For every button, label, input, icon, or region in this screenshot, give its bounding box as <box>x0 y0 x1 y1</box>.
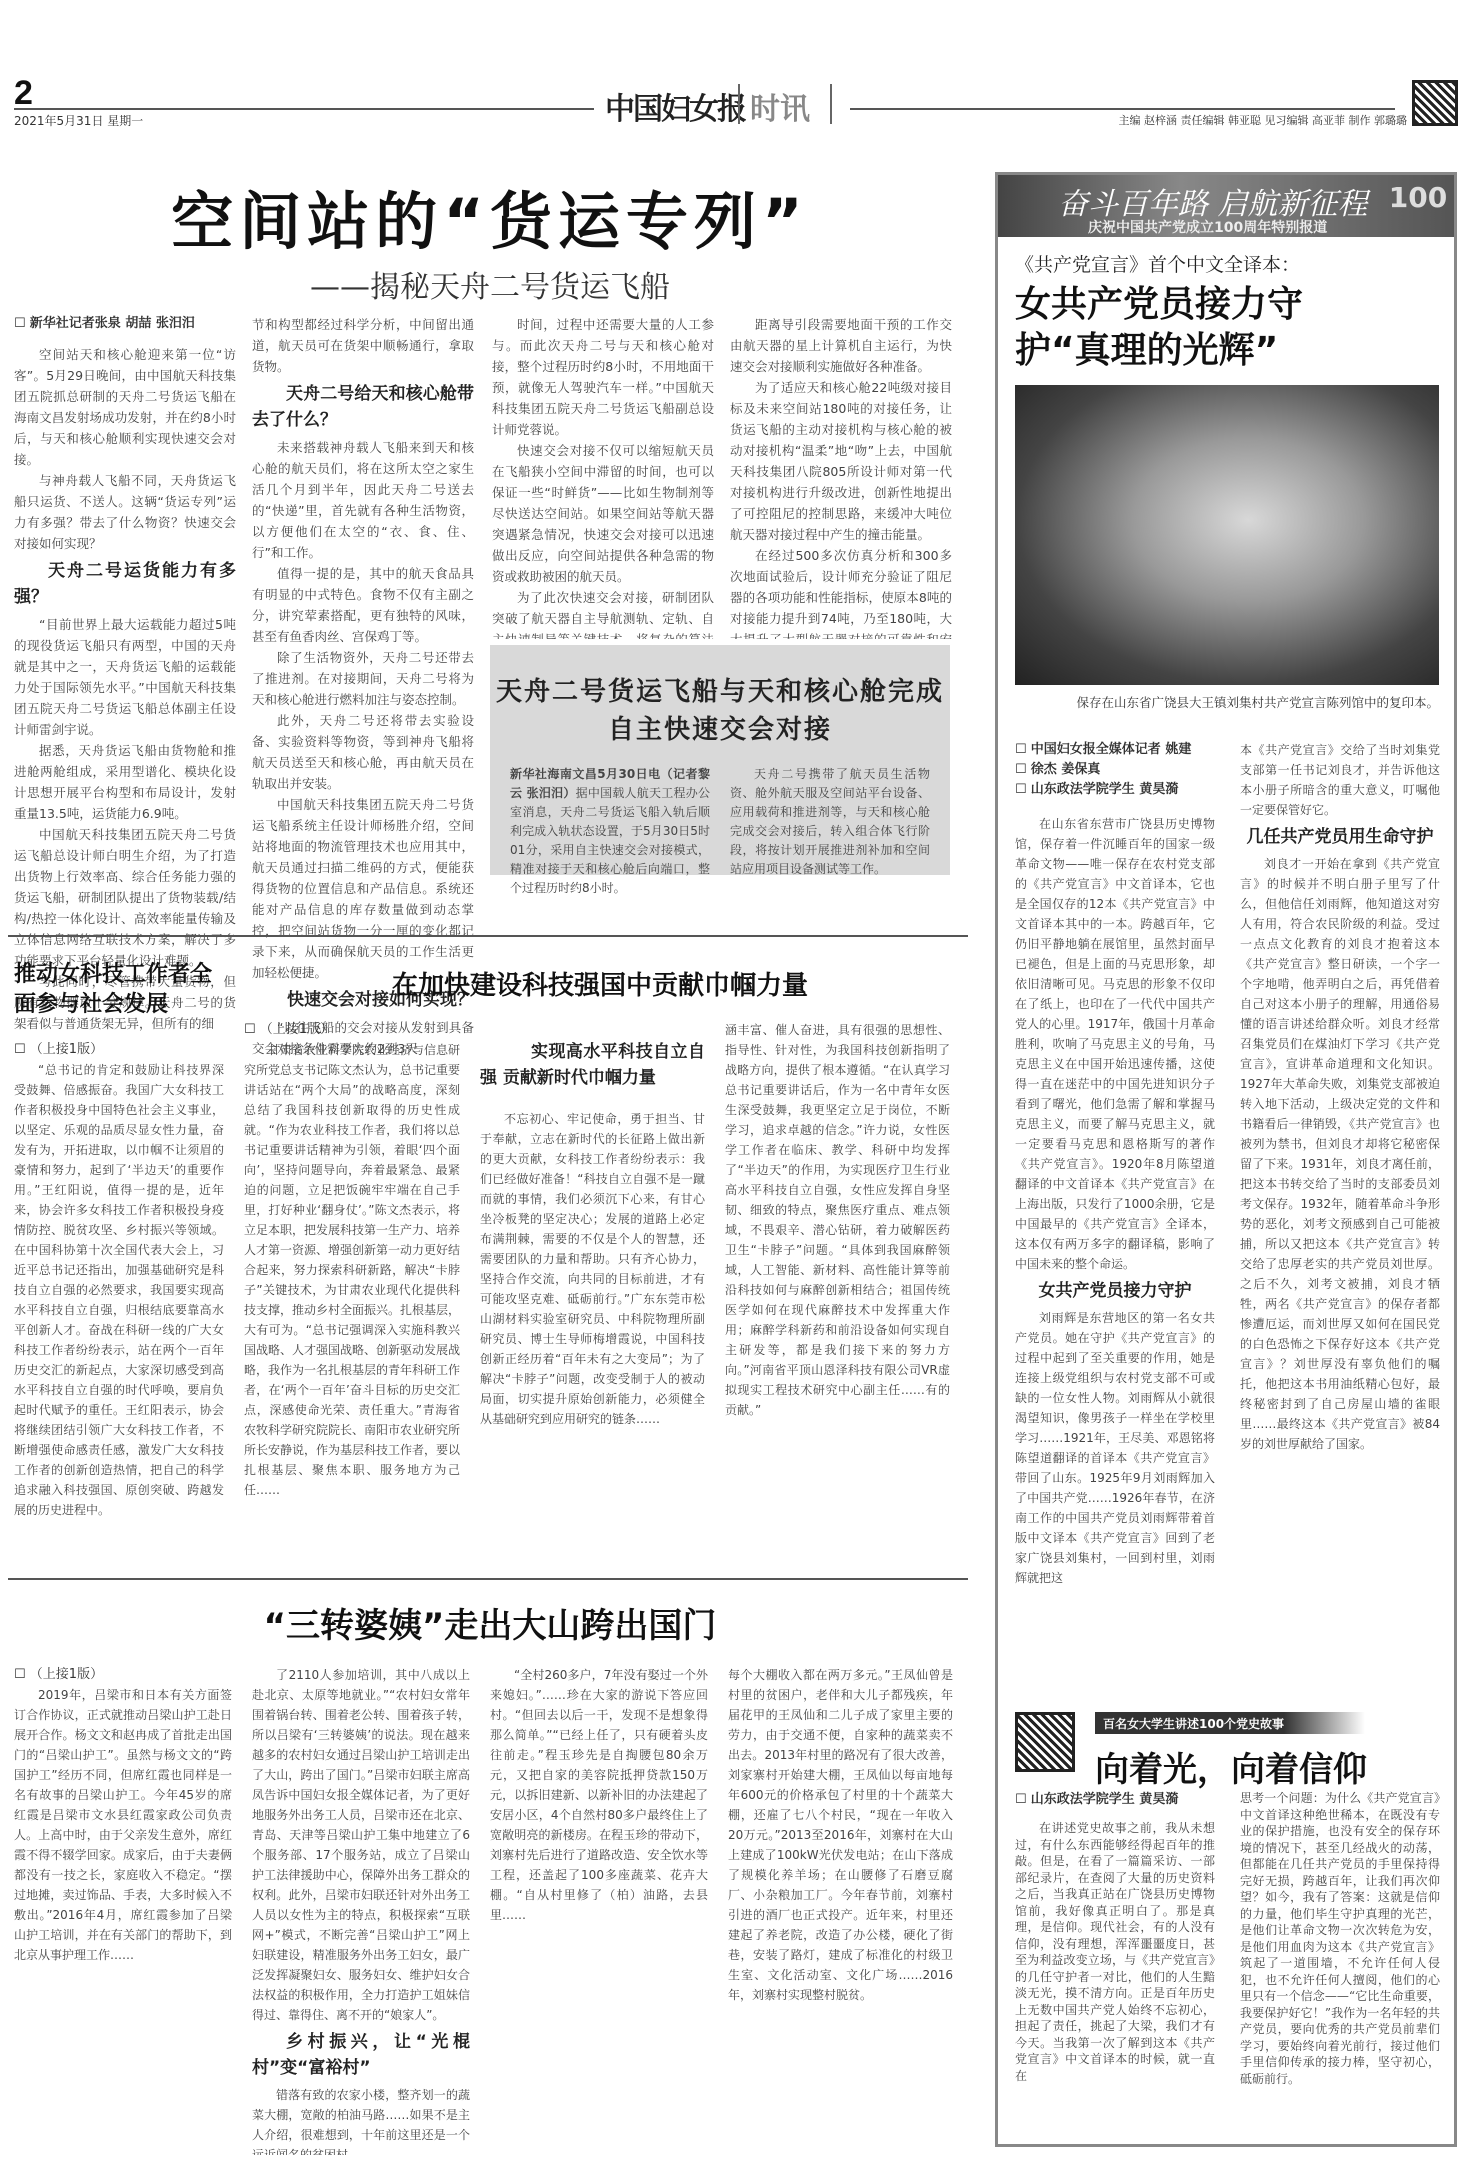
paragraph: 距离导引段需要地面干预的工作交由航天器的星上计算机自主运行，为快速交会对接顺利实… <box>730 314 952 377</box>
paragraph: “目前世界上最大运载能力超过5吨的现役货运飞船只有两型，中国的天舟就是其中之一，… <box>14 614 236 740</box>
paragraph: 在经过500多次仿真分析和300多次地面试验后，设计师充分验证了阻尼器的各项功能… <box>730 545 952 639</box>
story1-subheadline: ——揭秘天舟二号货运飞船 <box>0 262 980 306</box>
paragraph: 在讲述党史故事之前，我从未想过，有什么东西能够经得起百年的推敲。但是，在看了一篇… <box>1015 1820 1215 2084</box>
paragraph: 空间站天和核心舱迎来第一位“访客”。5月29日晚间，由中国航天科技集团五院抓总研… <box>14 344 236 470</box>
feature-subheading: 女共产党员接力守护 <box>1015 1278 1215 1304</box>
story1-subheading: 天舟二号运货能力有多强？ <box>14 558 236 610</box>
issue-date: 2021年5月31日 星期一 <box>14 112 143 129</box>
story3-subheading: 乡村振兴，让“光棍村”变“富裕村” <box>252 2029 470 2081</box>
continued-note: （上接1版） <box>14 1665 232 1685</box>
paragraph: 思考一个问题：为什么《共产党宣言》中文首译这种绝世稀本，在既没有专业的保护措施，… <box>1240 1790 1440 2087</box>
paragraph: 与神舟载人飞船不同，天舟货运飞船只运货、不送人。这辆“货运专列”运力有多强？带去… <box>14 470 236 554</box>
story1-column-2: 节和构型都经过科学分析，中间留出通道，航天员可在货架中顺畅通行，拿取货物。 天舟… <box>252 314 474 1059</box>
masthead-separator <box>738 84 740 124</box>
paragraph: 未来搭载神舟载人飞船来到天和核心舱的航天员们，将在这所太空之家生活几个月到半年，… <box>252 437 474 563</box>
section-divider <box>8 1578 968 1580</box>
story3-headline: “三转婆姨”走出大山跨出国门 <box>0 1598 980 1647</box>
paragraph: 除了生活物资外，天舟二号还带去了推进剂。在对接期间，天舟二号将为天和核心舱进行燃… <box>252 647 474 710</box>
byline: 中国妇女报全媒体记者 姚建 <box>1015 740 1215 760</box>
paragraph: 刘雨辉是东营地区的第一名女共产党员。她在守护《共产党宣言》的过程中起到了至关重要… <box>1015 1308 1215 1588</box>
feature-column-1: 中国妇女报全媒体记者 姚建 徐杰 姜保真 山东政法学院学生 黄昊漪 在山东省东营… <box>1015 740 1215 1690</box>
paragraph: 甘肃省农业科学院农业经济与信息研究所党总支书记陈文杰认为，总书记重要讲话站在“两… <box>244 1040 460 1500</box>
paragraph: “总书记的肯定和鼓励让科技界深受鼓舞、倍感振奋。我国广大女科技工作者积极投身中国… <box>14 1060 224 1520</box>
paragraph: “全村260多户，7年没有娶过一个外来媳妇。”……珍在大家的游说下答应回村。“但… <box>490 1665 708 1925</box>
story1-column-4: 距离导引段需要地面干预的工作交由航天器的星上计算机自主运行，为快速交会对接顺利实… <box>730 314 952 639</box>
story1-byline: 新华社记者张泉 胡喆 张汨汨 <box>14 314 236 334</box>
paragraph: 2019年，吕梁市和日本有关方面签订合作协议，正式就推动吕梁山护工赴日展开合作。… <box>14 1685 232 1965</box>
story2-column-1: （上接1版） “总书记的肯定和鼓励让科技界深受鼓舞、倍感振奋。我国广大女科技工作… <box>14 1040 224 1540</box>
story2-headline: 在加快建设科技强国中贡献巾帼力量 <box>230 965 970 1002</box>
manifesto-photo <box>1015 385 1439 685</box>
paragraph: 中国航天科技集团五院天舟二号货运飞船总设计师白明生介绍，为了打造出货物上行效率高… <box>14 824 236 971</box>
byline: 山东政法学院学生 黄昊漪 <box>1015 780 1215 800</box>
paragraph: 每个大棚收入都在两万多元。”王凤仙曾是村里的贫困户，老伴和大儿子都残疾，年届花甲… <box>728 1665 953 2005</box>
story1-subheading: 天舟二号给天和核心舱带去了什么？ <box>252 381 474 433</box>
story1-headline: 空间站的“货运专列” <box>0 172 980 261</box>
paragraph: 在山东省东营市广饶县历史博物馆，保存着一件沉睡百年的国家一级革命文物——唯一保存… <box>1015 814 1215 1274</box>
paragraph: 据悉，天舟货运飞船由货物舱和推进舱两舱组成，采用型谱化、模块化设计思想开展平台构… <box>14 740 236 824</box>
feature-subheading: 几任共产党员用生命守护 <box>1240 824 1440 850</box>
qr-code-icon[interactable] <box>1412 80 1458 126</box>
paragraph: 时间，过程中还需要大量的人工参与。而此次天舟二号与天和核心舱对接，整个过程历时约… <box>492 314 714 440</box>
story1-column-3: 时间，过程中还需要大量的人工参与。而此次天舟二号与天和核心舱对接，整个过程历时约… <box>492 314 714 639</box>
continued-note: （上接1版） <box>244 1020 460 1040</box>
paragraph: 了2110人参加培训，其中八成以上赴北京、太原等地就业。”“农村妇女常年围着锅台… <box>252 1665 470 2025</box>
paragraph: 为了适应天和核心舱22吨级对接目标及未来空间站180吨的对接任务，让货运飞船的主… <box>730 377 952 545</box>
section-title: 时讯 <box>750 84 810 128</box>
qr-code-icon[interactable] <box>1015 1712 1075 1772</box>
column-story-col-1: 山东政法学院学生 黄昊漪 在讲述党史故事之前，我从未想过，有什么东西能够经得起百… <box>1015 1790 1215 2130</box>
paragraph: 节和构型都经过科学分析，中间留出通道，航天员可在货架中顺畅通行，拿取货物。 <box>252 314 474 377</box>
paragraph: 刘良才一开始在拿到《共产党宣言》的时候并不明白册子里写了什么，但他信任刘雨辉，他… <box>1240 854 1440 1454</box>
section-divider <box>8 935 968 937</box>
column-title: 向着光，向着信仰 <box>1095 1742 1367 1791</box>
sidebar-news-box: 天舟二号货运飞船与天和核心舱完成自主快速交会对接 新华社海南文昌5月30日电（记… <box>490 645 950 875</box>
photo-caption: 保存在山东省广饶县大王镇刘集村共产党宣言陈列馆中的复印本。 <box>1015 693 1439 711</box>
anniversary-banner: 奋斗百年路 启航新征程 庆祝中国共产党成立100周年特别报道 100 <box>998 175 1454 237</box>
column-tag: 百名女大学生讲述100个党史故事 <box>1095 1712 1365 1734</box>
editor-credits: 主编 赵梓涵 责任编辑 韩亚聪 见习编辑 高亚菲 制作 郭璐璐 <box>1119 112 1407 128</box>
byline: 山东政法学院学生 黄昊漪 <box>1015 1790 1215 1810</box>
continued-note: （上接1版） <box>14 1040 224 1060</box>
paragraph: 据中国载人航天工程办公室消息，天舟二号货运飞船入轨后顺利完成入轨状态设置，于5月… <box>510 786 710 895</box>
paragraph: 不忘初心、牢记使命，勇于担当、甘于奉献，立志在新时代的长征路上做出新的更大贡献，… <box>480 1109 705 1429</box>
feature-kicker: 《共产党宣言》首个中文全译本： <box>1015 250 1300 277</box>
paragraph: 值得一提的是，其中的航天食品具有明显的中式特色。食物不仅有主副之分，讲究荤素搭配… <box>252 563 474 647</box>
story2-column-3: 实现高水平科技自立自强 贡献新时代巾帼力量 不忘初心、牢记使命，勇于担当、甘于奉… <box>480 1035 705 1540</box>
centenary-badge-icon: 100 <box>1388 181 1448 231</box>
paragraph: 此外，天舟二号还将带去实验设备、实验资料等物资，等到神舟飞船将航天员送至天和核心… <box>252 710 474 794</box>
column-story-col-2: 思考一个问题：为什么《共产党宣言》中文首译这种绝世稀本，在既没有专业的保护措施，… <box>1240 1790 1440 2130</box>
byline: 徐杰 姜保真 <box>1015 760 1215 780</box>
story2-left-headline: 推动女科技工作者全面参与社会发展 <box>14 960 224 1020</box>
newspaper-logo: 中国妇女报 <box>605 84 745 128</box>
story1-column-1: 新华社记者张泉 胡喆 张汨汨 空间站天和核心舱迎来第一位“访客”。5月29日晚间… <box>14 314 236 1034</box>
story2-column-2: （上接1版） 甘肃省农业科学院农业经济与信息研究所党总支书记陈文杰认为，总书记重… <box>244 1020 460 1540</box>
paragraph: 中国航天科技集团五院天舟二号货运飞船系统主任设计师杨胜介绍，空间站将地面的物流管… <box>252 794 474 983</box>
paragraph: 天舟二号携带了航天员生活物资、舱外航天服及空间站平台设备、应用载荷和推进剂等，与… <box>730 765 930 879</box>
feature-column-2: 本《共产党宣言》交给了当时刘集党支部第一任书记刘良才，并告诉他这本小册子所暗含的… <box>1240 740 1440 1690</box>
paragraph: 涵丰富、催人奋进，具有很强的思想性、指导性、针对性，为我国科技创新指明了战略方向… <box>725 1020 950 1420</box>
paragraph: 为了此次快速交会对接，研制团队突破了航天器自主导航测轨、定轨、自主快速制导等关键… <box>492 587 714 639</box>
story2-subheading: 实现高水平科技自立自强 贡献新时代巾帼力量 <box>480 1039 705 1091</box>
paragraph: 本《共产党宣言》交给了当时刘集党支部第一任书记刘良才，并告诉他这本小册子所暗含的… <box>1240 740 1440 820</box>
story3-column-4: 每个大棚收入都在两万多元。”王凤仙曾是村里的贫困户，老伴和大儿子都残疾，年届花甲… <box>728 1665 953 2155</box>
masthead-separator <box>830 84 832 124</box>
masthead-rule-right <box>850 108 1395 110</box>
feature-headline: 女共产党员接力守护“真理的光辉” <box>1015 282 1315 374</box>
story3-column-3: “全村260多户，7年没有娶过一个外来媳妇。”……珍在大家的游说下答应回村。“但… <box>490 1665 708 2155</box>
banner-subtitle: 庆祝中国共产党成立100周年特别报道 <box>1088 217 1327 237</box>
sidebar-headline: 天舟二号货运飞船与天和核心舱完成自主快速交会对接 <box>490 673 950 749</box>
masthead-rule-left <box>14 108 594 110</box>
story2-column-4: 涵丰富、催人奋进，具有很强的思想性、指导性、针对性，为我国科技创新指明了战略方向… <box>725 1020 950 1540</box>
story3-column-1: （上接1版） 2019年，吕梁市和日本有关方面签订合作协议，正式就推动吕梁山护工… <box>14 1665 232 2155</box>
paragraph: 错落有致的农家小楼，整齐划一的蔬菜大棚，宽敞的柏油马路……如果不是主人介绍，很难… <box>252 2085 470 2155</box>
paragraph: 快速交会对接不仅可以缩短航天员在飞船狭小空间中滞留的时间，也可以保证一些“时鲜货… <box>492 440 714 587</box>
story3-column-2: 了2110人参加培训，其中八成以上赴北京、太原等地就业。”“农村妇女常年围着锅台… <box>252 1665 470 2155</box>
